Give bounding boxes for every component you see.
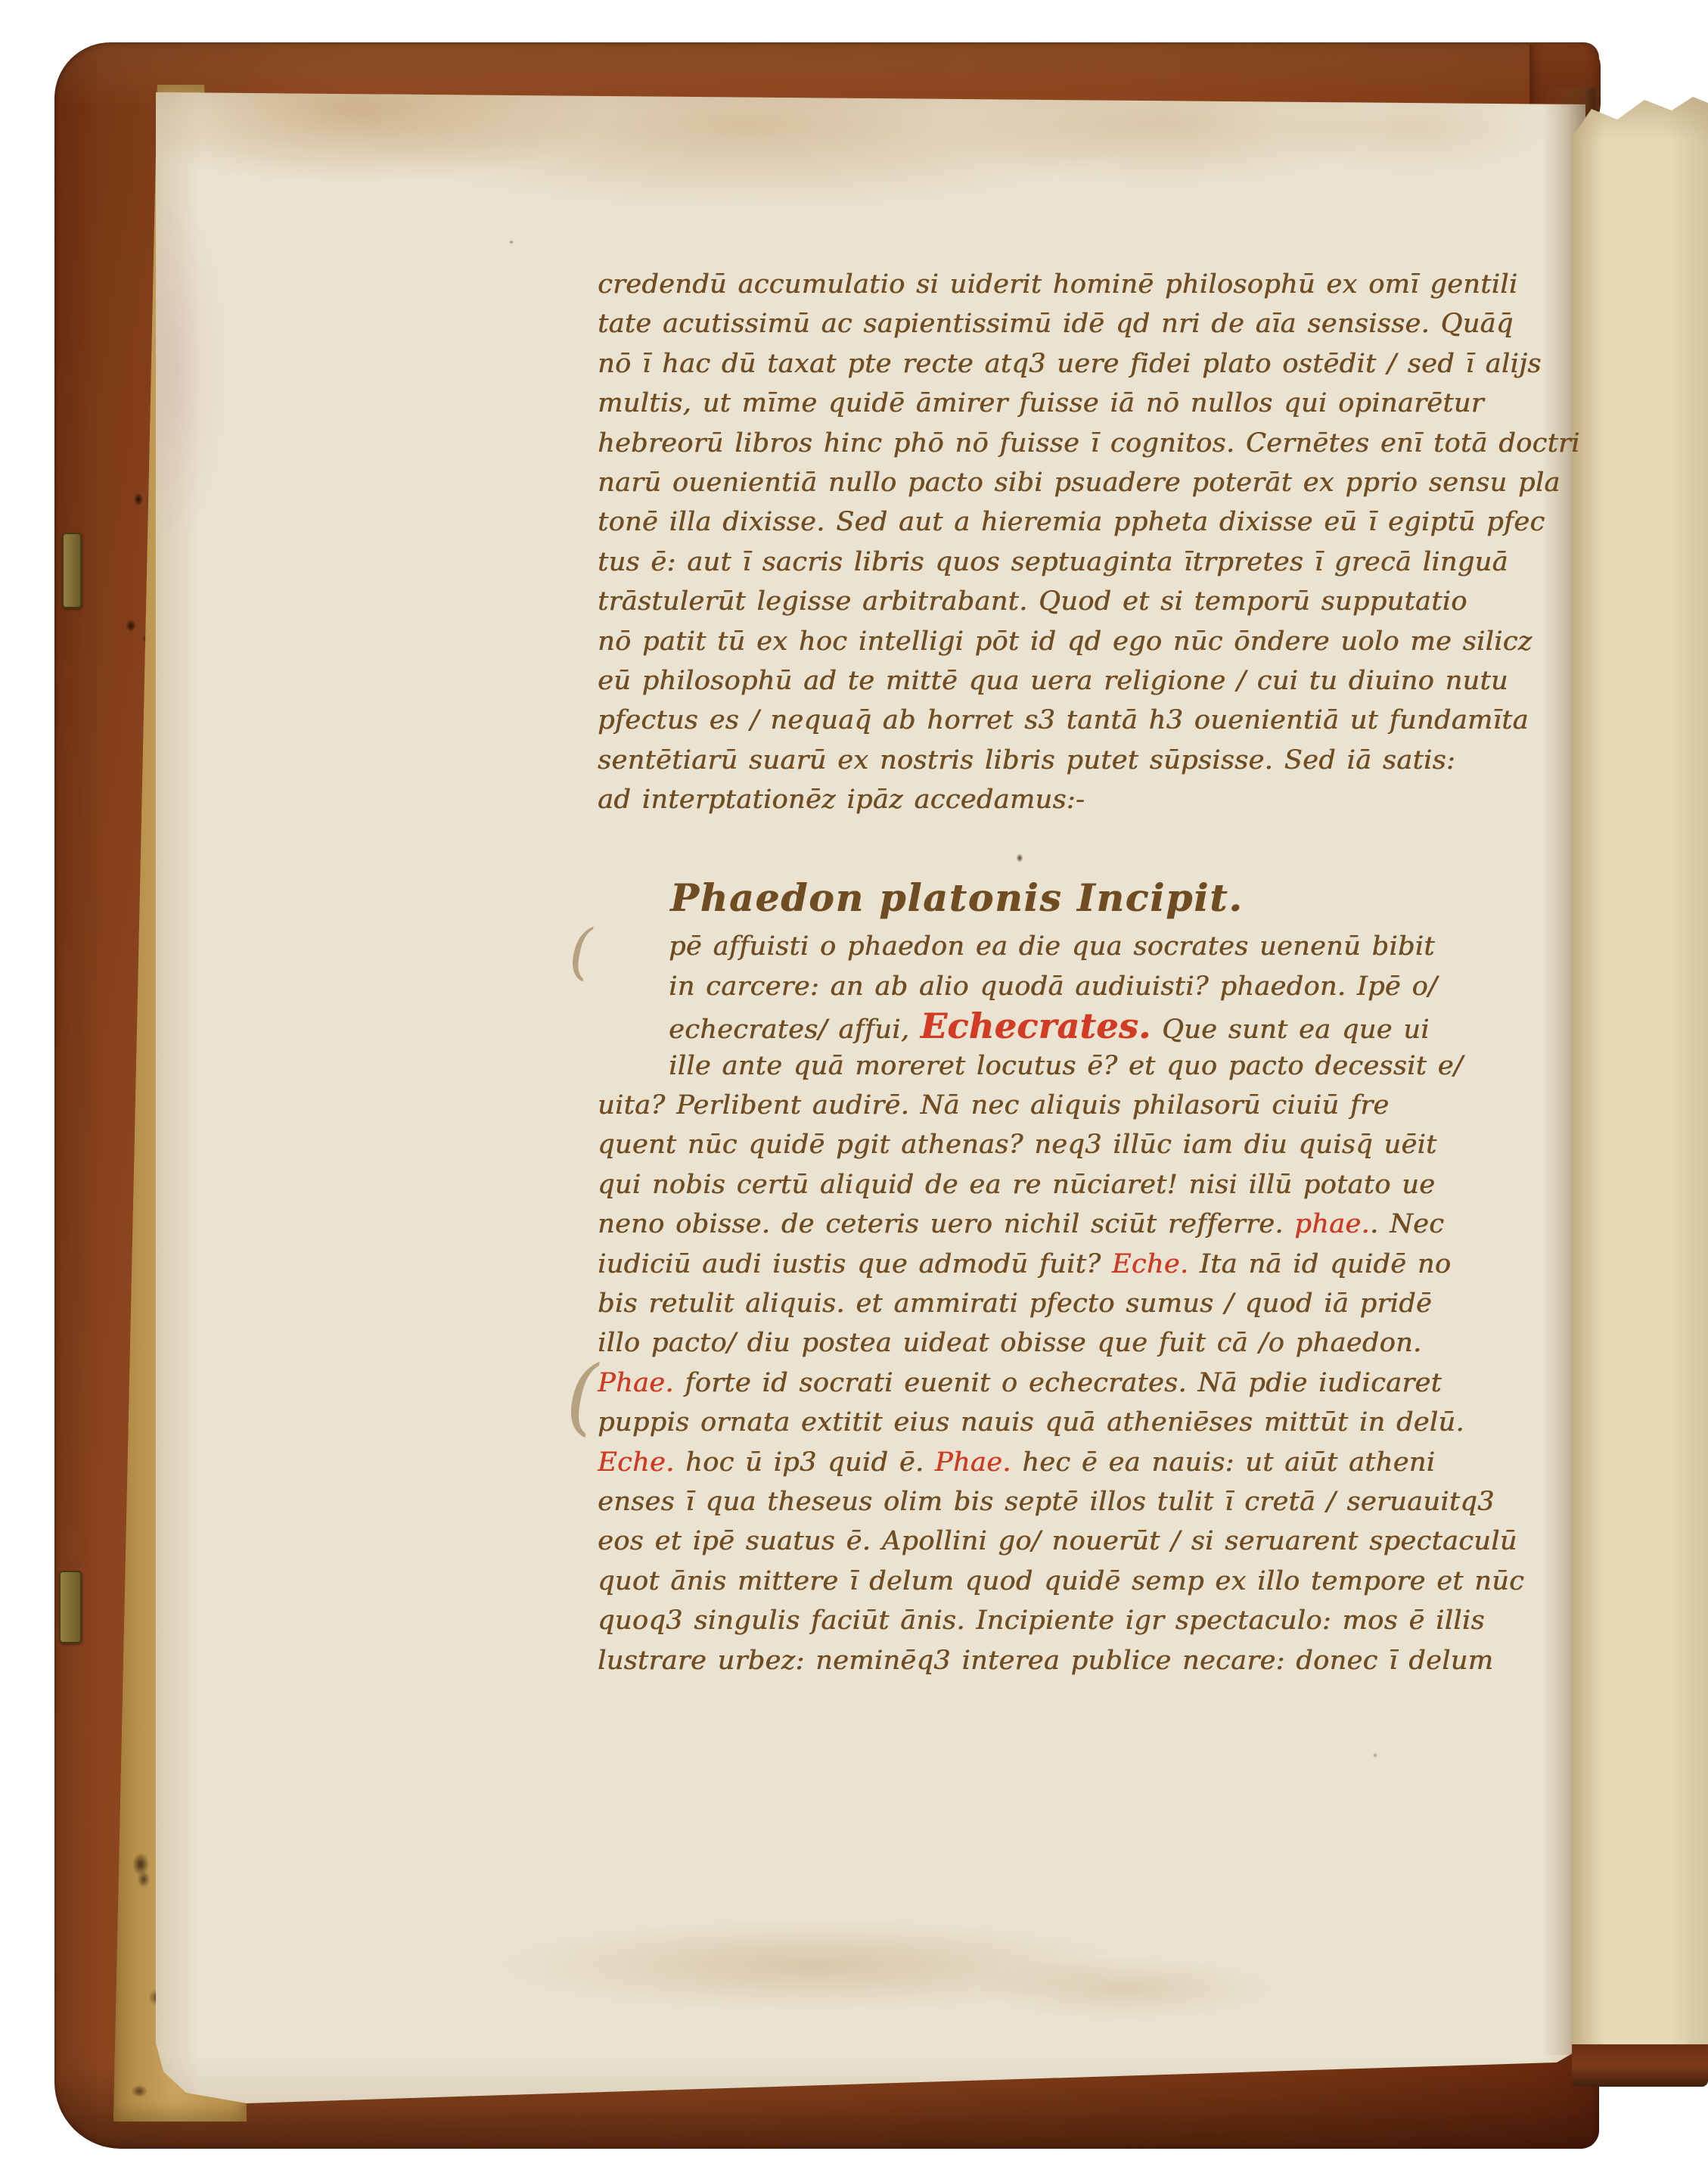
manuscript-line: pfectus es / nequaq̄ ab horret s3 tantā … bbox=[598, 701, 1483, 740]
ink-text: quot ānis mittere ī delum quod quidē sem… bbox=[598, 1566, 1524, 1596]
ink-text: pē affuisti o phaedon ea die qua socrate… bbox=[669, 931, 1435, 962]
manuscript-line: iudiciū audi iustis que admodū fuit? Ech… bbox=[598, 1245, 1483, 1284]
manuscript-line: ad interptationēz ipāz accedamus:- bbox=[598, 780, 1483, 819]
text-block: credendū accumulatio si uiderit hominē p… bbox=[598, 265, 1483, 1680]
ink-text: forte id socrati euenit o echecrates. Nā… bbox=[674, 1368, 1442, 1398]
manuscript-line: tate acutissimū ac sapientissimū idē qd … bbox=[598, 304, 1483, 343]
rubric-text: Phae. bbox=[935, 1447, 1011, 1478]
manuscript-line: trāstulerūt legisse arbitrabant. Quod et… bbox=[598, 582, 1483, 621]
ink-text: neno obisse. de ceteris uero nichil sciū… bbox=[598, 1209, 1294, 1239]
ink-text: puppis ornata extitit eius nauis quā ath… bbox=[598, 1407, 1464, 1438]
manuscript-line: Phae. forte id socrati euenit o echecrat… bbox=[598, 1363, 1483, 1403]
manuscript-line: echecrates/ affui, Echecrates. Que sunt … bbox=[598, 1006, 1483, 1046]
manuscript-line: in carcere: an ab alio quodā audiuisti? … bbox=[598, 967, 1483, 1006]
manuscript-line: nō patit tū ex hoc intelligi pōt id qd e… bbox=[598, 622, 1483, 661]
ink-text: . Nec bbox=[1370, 1209, 1444, 1239]
ink-text: eos et ipē suatus ē. Apollini go/ nouerū… bbox=[598, 1526, 1517, 1556]
ink-text: ille ante quā moreret locutus ē? et quo … bbox=[669, 1051, 1463, 1081]
dialogue-block: pē affuisti o phaedon ea die qua socrate… bbox=[598, 927, 1483, 1680]
ink-text: quoq3 singulis faciūt ānis. Incipiente i… bbox=[598, 1605, 1485, 1636]
leather-bottom-edge bbox=[1572, 2044, 1708, 2087]
manuscript-line: enses ī qua theseus olim bis septē illos… bbox=[598, 1482, 1483, 1522]
manuscript-line: narū ouenientiā nullo pacto sibi psuader… bbox=[598, 463, 1483, 502]
margin-mark: ( bbox=[569, 922, 592, 982]
ink-text: qui nobis certū aliquid de ea re nūciare… bbox=[598, 1170, 1435, 1200]
paragraph-block: credendū accumulatio si uiderit hominē p… bbox=[598, 265, 1483, 819]
ink-text: Ita nā id quidē no bbox=[1188, 1249, 1451, 1279]
manuscript-line: tus ē: aut ī sacris libris quos septuagi… bbox=[598, 542, 1483, 582]
ink-text: hoc ū ip3 quid ē. bbox=[675, 1447, 935, 1478]
ink-text: hec ē ea nauis: ut aiūt atheni bbox=[1011, 1447, 1436, 1478]
rubric-text: Phae. bbox=[598, 1368, 674, 1398]
manuscript-line: ille ante quā moreret locutus ē? et quo … bbox=[598, 1046, 1483, 1086]
facing-page-edge bbox=[1572, 89, 1708, 2055]
rubric-text: Echecrates. bbox=[921, 1006, 1151, 1046]
manuscript-line: uita? Perlibent audirē. Nā nec aliquis p… bbox=[598, 1086, 1483, 1125]
ink-text: Que sunt ea que ui bbox=[1151, 1015, 1429, 1045]
manuscript-line: pē affuisti o phaedon ea die qua socrate… bbox=[598, 927, 1483, 966]
manuscript-line: Eche. hoc ū ip3 quid ē. Phae. hec ē ea n… bbox=[598, 1443, 1483, 1482]
rubric-text: phae. bbox=[1294, 1209, 1370, 1239]
rubric-text: Eche. bbox=[1112, 1249, 1189, 1279]
manuscript-line: tonē illa dixisse. Sed aut a hieremia pp… bbox=[598, 502, 1483, 542]
ink-text: illo pacto/ diu postea uideat obisse que… bbox=[598, 1328, 1421, 1358]
ink-text: lustrare urbez: neminēq3 interea publice… bbox=[598, 1646, 1493, 1676]
manuscript-line: illo pacto/ diu postea uideat obisse que… bbox=[598, 1323, 1483, 1363]
rubric-text: Eche. bbox=[598, 1447, 675, 1478]
ink-text: quent nūc quidē pgit athenas? neq3 illūc… bbox=[598, 1130, 1437, 1160]
ink-text: echecrates/ affui, bbox=[669, 1015, 921, 1045]
manuscript-line: quoq3 singulis faciūt ānis. Incipiente i… bbox=[598, 1601, 1483, 1640]
manuscript-line: nō ī hac dū taxat pte recte atq3 uere fi… bbox=[598, 344, 1483, 384]
photo-backdrop: credendū accumulatio si uiderit hominē p… bbox=[0, 0, 1708, 2179]
manuscript-line: quot ānis mittere ī delum quod quidē sem… bbox=[598, 1562, 1483, 1601]
margin-mark: ( bbox=[566, 1354, 598, 1438]
ink-text: bis retulit aliquis. et ammirati pfecto … bbox=[598, 1288, 1432, 1319]
manuscript-line: qui nobis certū aliquid de ea re nūciare… bbox=[598, 1165, 1483, 1205]
manuscript-line: neno obisse. de ceteris uero nichil sciū… bbox=[598, 1205, 1483, 1244]
ink-text: uita? Perlibent audirē. Nā nec aliquis p… bbox=[598, 1090, 1389, 1121]
manuscript-line: multis, ut mīme quidē āmirer fuisse iā n… bbox=[598, 384, 1483, 423]
manuscript-line: credendū accumulatio si uiderit hominē p… bbox=[598, 265, 1483, 304]
manuscript-line: eos et ipē suatus ē. Apollini go/ nouerū… bbox=[598, 1522, 1483, 1561]
manuscript-line: hebreorū libros hinc phō nō fuisse ī cog… bbox=[598, 424, 1483, 463]
ink-text: iudiciū audi iustis que admodū fuit? bbox=[598, 1249, 1112, 1279]
manuscript-line: puppis ornata extitit eius nauis quā ath… bbox=[598, 1403, 1483, 1442]
incipit-rubric: Phaedon platonis Incipit. bbox=[598, 869, 1483, 927]
ink-text: enses ī qua theseus olim bis septē illos… bbox=[598, 1487, 1495, 1517]
manuscript-line: lustrare urbez: neminēq3 interea publice… bbox=[598, 1641, 1483, 1680]
ink-text: in carcere: an ab alio quodā audiuisti? … bbox=[669, 971, 1437, 1002]
manuscript-line: quent nūc quidē pgit athenas? neq3 illūc… bbox=[598, 1125, 1483, 1164]
manuscript-line: sentētiarū suarū ex nostris libris putet… bbox=[598, 741, 1483, 780]
clasp-remnant-top bbox=[62, 533, 82, 608]
manuscript-line: bis retulit aliquis. et ammirati pfecto … bbox=[598, 1284, 1483, 1323]
clasp-remnant-bottom bbox=[59, 1571, 82, 1643]
manuscript-line: eū philosophū ad te mittē qua uera relig… bbox=[598, 661, 1483, 701]
